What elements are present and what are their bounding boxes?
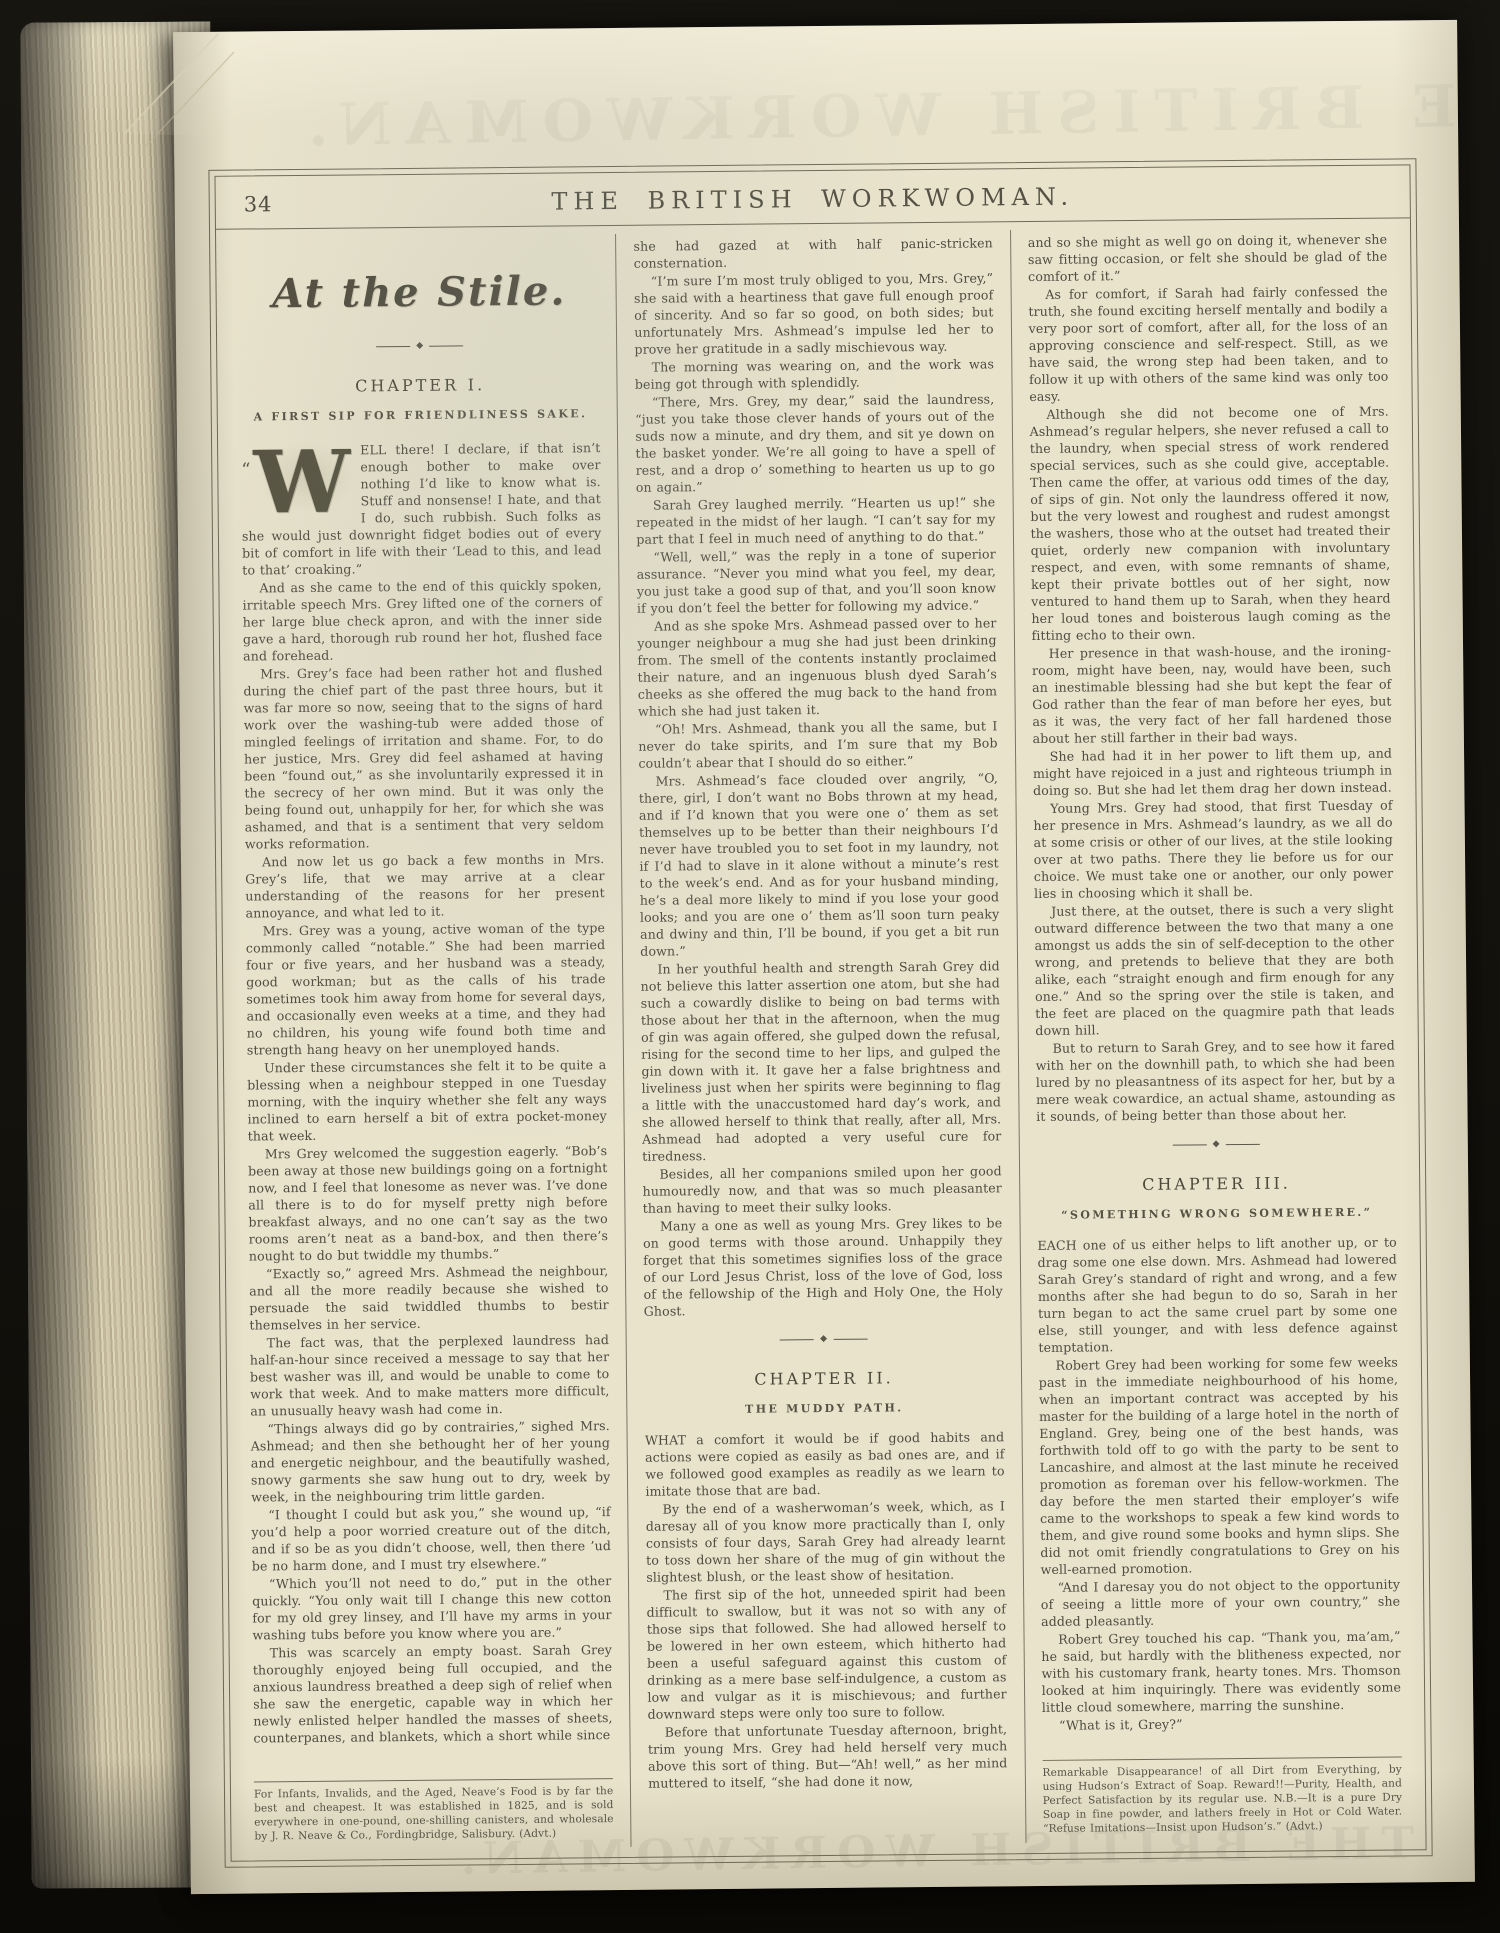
column-2: she had gazed at with half panic-stricke… bbox=[615, 230, 1025, 1847]
photographed-book-scene: THE BRITISH WORKWOMAN. THE BRITISH WORKW… bbox=[0, 0, 1500, 1933]
paragraph: The fact was, that the perplexed laundre… bbox=[250, 1332, 610, 1420]
footnote-advert: For Infants, Invalids, and the Aged, Nea… bbox=[254, 1778, 614, 1844]
paragraph: and so she might as well go on doing it,… bbox=[1028, 231, 1388, 285]
paragraph: Her presence in that wash-house, and the… bbox=[1032, 642, 1392, 747]
page-border-frame-inner: 34 THE BRITISH WORKWOMAN. At the Stile.◆… bbox=[214, 164, 1426, 1861]
paragraph: The morning was wearing on, and the work… bbox=[635, 355, 995, 392]
paragraph: she had gazed at with half panic-stricke… bbox=[633, 234, 993, 271]
paragraph: “Exactly so,” agreed Mrs. Ashmead the ne… bbox=[249, 1263, 609, 1334]
verso-showthrough-text: THE BRITISH WORKWOMAN. bbox=[293, 70, 1474, 159]
section-divider-ornament-icon: ◆ bbox=[644, 1333, 1003, 1345]
open-quote: “ bbox=[241, 459, 251, 483]
chapter-heading: CHAPTER II. bbox=[644, 1366, 1004, 1391]
column-3: and so she might as well go on doing it,… bbox=[1010, 226, 1420, 1843]
paragraph: And as she spoke Mrs. Ashmead passed ove… bbox=[637, 614, 997, 719]
section-divider-ornament-icon: ◆ bbox=[1036, 1139, 1395, 1151]
paragraph: “And I daresay you do not object to the … bbox=[1041, 1576, 1401, 1630]
paragraph: “What is it, Grey?” bbox=[1042, 1714, 1401, 1734]
paragraph: As for comfort, if Sarah had fairly conf… bbox=[1028, 283, 1388, 405]
paragraph: “Things always did go by contrairies,” s… bbox=[250, 1418, 610, 1506]
chapter-subtitle: A FIRST SIP FOR FRIENDLINESS SAKE. bbox=[241, 407, 600, 425]
paragraph: Mrs. Grey’s face had been rather hot and… bbox=[243, 663, 604, 853]
paragraph: Besides, all her companions smiled upon … bbox=[642, 1162, 1002, 1216]
paragraph: Robert Grey touched his cap. “Thank you,… bbox=[1041, 1628, 1401, 1716]
paragraph: Just there, at the outset, there is such… bbox=[1034, 900, 1395, 1039]
paragraph: Before that unfortunate Tuesday afternoo… bbox=[648, 1721, 1008, 1792]
paragraph: She had had it in her power to lift them… bbox=[1033, 745, 1393, 799]
paragraph: “Oh! Mrs. Ashmead, thank you all the sam… bbox=[638, 717, 998, 771]
paragraph: “Which you’ll not need to do,” put in th… bbox=[252, 1573, 612, 1644]
chapter-subtitle: “SOMETHING WRONG SOMEWHERE.” bbox=[1037, 1205, 1396, 1223]
paragraph: And as she came to the end of this quick… bbox=[242, 577, 602, 665]
paragraph: “I’m sure I’m most truly obliged to you,… bbox=[634, 269, 994, 357]
chapter-subtitle: THE MUDDY PATH. bbox=[645, 1400, 1004, 1418]
paragraph: But to return to Sarah Grey, and to see … bbox=[1035, 1037, 1395, 1125]
dropcap-paragraph: “WELL there! I declare, if that isn’t en… bbox=[241, 440, 602, 579]
footnote-advert: Remarkable Disappearance! of all Dirt fr… bbox=[1042, 1757, 1402, 1837]
section-divider-ornament-icon: ◆ bbox=[240, 340, 599, 352]
paragraph: Young Mrs. Grey had stood, that first Tu… bbox=[1033, 797, 1393, 902]
paragraph: EACH one of us either helps to lift anot… bbox=[1037, 1234, 1397, 1356]
paragraph: Mrs. Grey was a young, active woman of t… bbox=[246, 920, 607, 1059]
paragraph: “There, Mrs. Grey, my dear,” said the la… bbox=[635, 390, 995, 495]
paragraph: In her youthful health and strength Sara… bbox=[640, 957, 1001, 1164]
article-columns: At the Stile.◆CHAPTER I.A FIRST SIP FOR … bbox=[216, 218, 1426, 1860]
paragraph: This was scarcely an empty boast. Sarah … bbox=[253, 1642, 613, 1747]
paragraph: Many a one as well as young Mrs. Grey li… bbox=[643, 1214, 1003, 1319]
ornate-dropcap-letter: W bbox=[251, 442, 360, 521]
paragraph: And now let us go back a few months in M… bbox=[245, 851, 605, 922]
paragraph: “I thought I could but ask you,” she wou… bbox=[251, 1504, 611, 1575]
paragraph: Sarah Grey laughed merrily. “Hearten us … bbox=[636, 493, 996, 547]
paragraph: The first sip of the hot, unneeded spiri… bbox=[646, 1584, 1007, 1723]
column-1: At the Stile.◆CHAPTER I.A FIRST SIP FOR … bbox=[222, 234, 631, 1851]
chapter-heading: CHAPTER I. bbox=[240, 373, 600, 398]
paragraph: By the end of a washerwoman’s week, whic… bbox=[646, 1498, 1006, 1586]
paragraph: Mrs. Ashmead’s face clouded over angrily… bbox=[639, 769, 1000, 959]
paragraph: Robert Grey had been working for some fe… bbox=[1039, 1354, 1400, 1578]
folded-page-corner-icon bbox=[110, 24, 260, 149]
page-border-frame: 34 THE BRITISH WORKWOMAN. At the Stile.◆… bbox=[208, 158, 1432, 1868]
printed-page: THE BRITISH WORKWOMAN. THE BRITISH WORKW… bbox=[173, 20, 1475, 1894]
paragraph: Mrs Grey welcomed the suggestion eagerly… bbox=[248, 1143, 608, 1265]
paragraph: WHAT a comfort it would be if good habit… bbox=[645, 1429, 1005, 1500]
article-title: At the Stile. bbox=[239, 264, 599, 321]
chapter-heading: CHAPTER III. bbox=[1037, 1172, 1397, 1197]
paragraph: Although she did not become one of Mrs. … bbox=[1029, 403, 1391, 644]
masthead-title: THE BRITISH WORKWOMAN. bbox=[216, 179, 1410, 218]
paragraph: Under these circumstances she felt it to… bbox=[247, 1057, 607, 1145]
paragraph: “Well, well,” was the reply in a tone of… bbox=[636, 545, 996, 616]
